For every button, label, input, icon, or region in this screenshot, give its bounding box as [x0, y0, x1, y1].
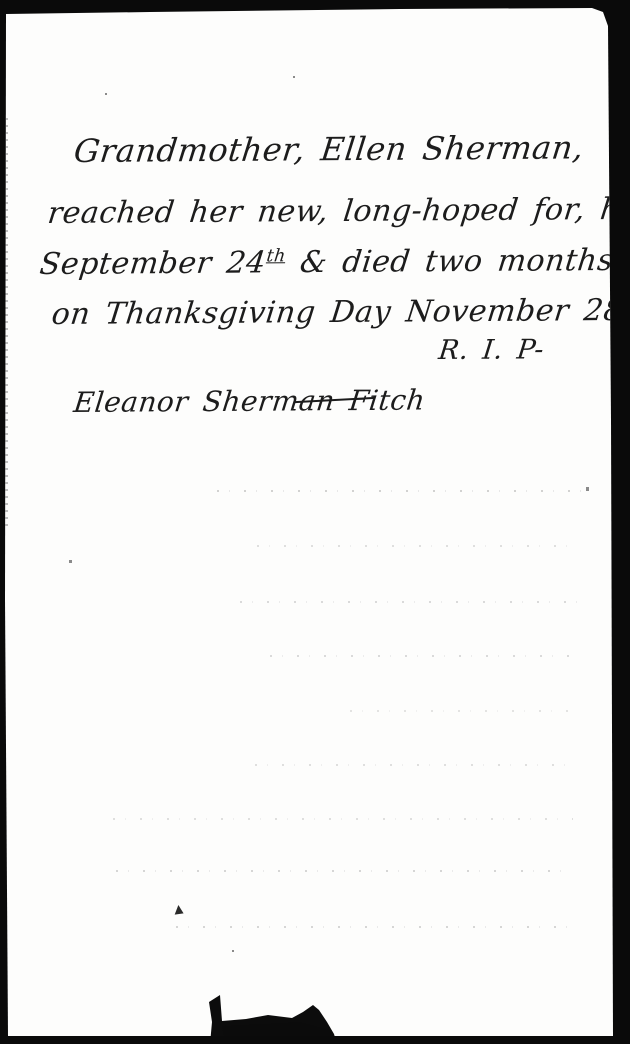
bottom-tear-shadow: [0, 0, 630, 1044]
paper-sheet: Grandmother, Ellen Sherman, reached her …: [0, 0, 630, 1044]
scanned-page: Grandmother, Ellen Sherman, reached her …: [0, 0, 630, 1044]
ordinal-superscript: th: [623, 294, 630, 314]
